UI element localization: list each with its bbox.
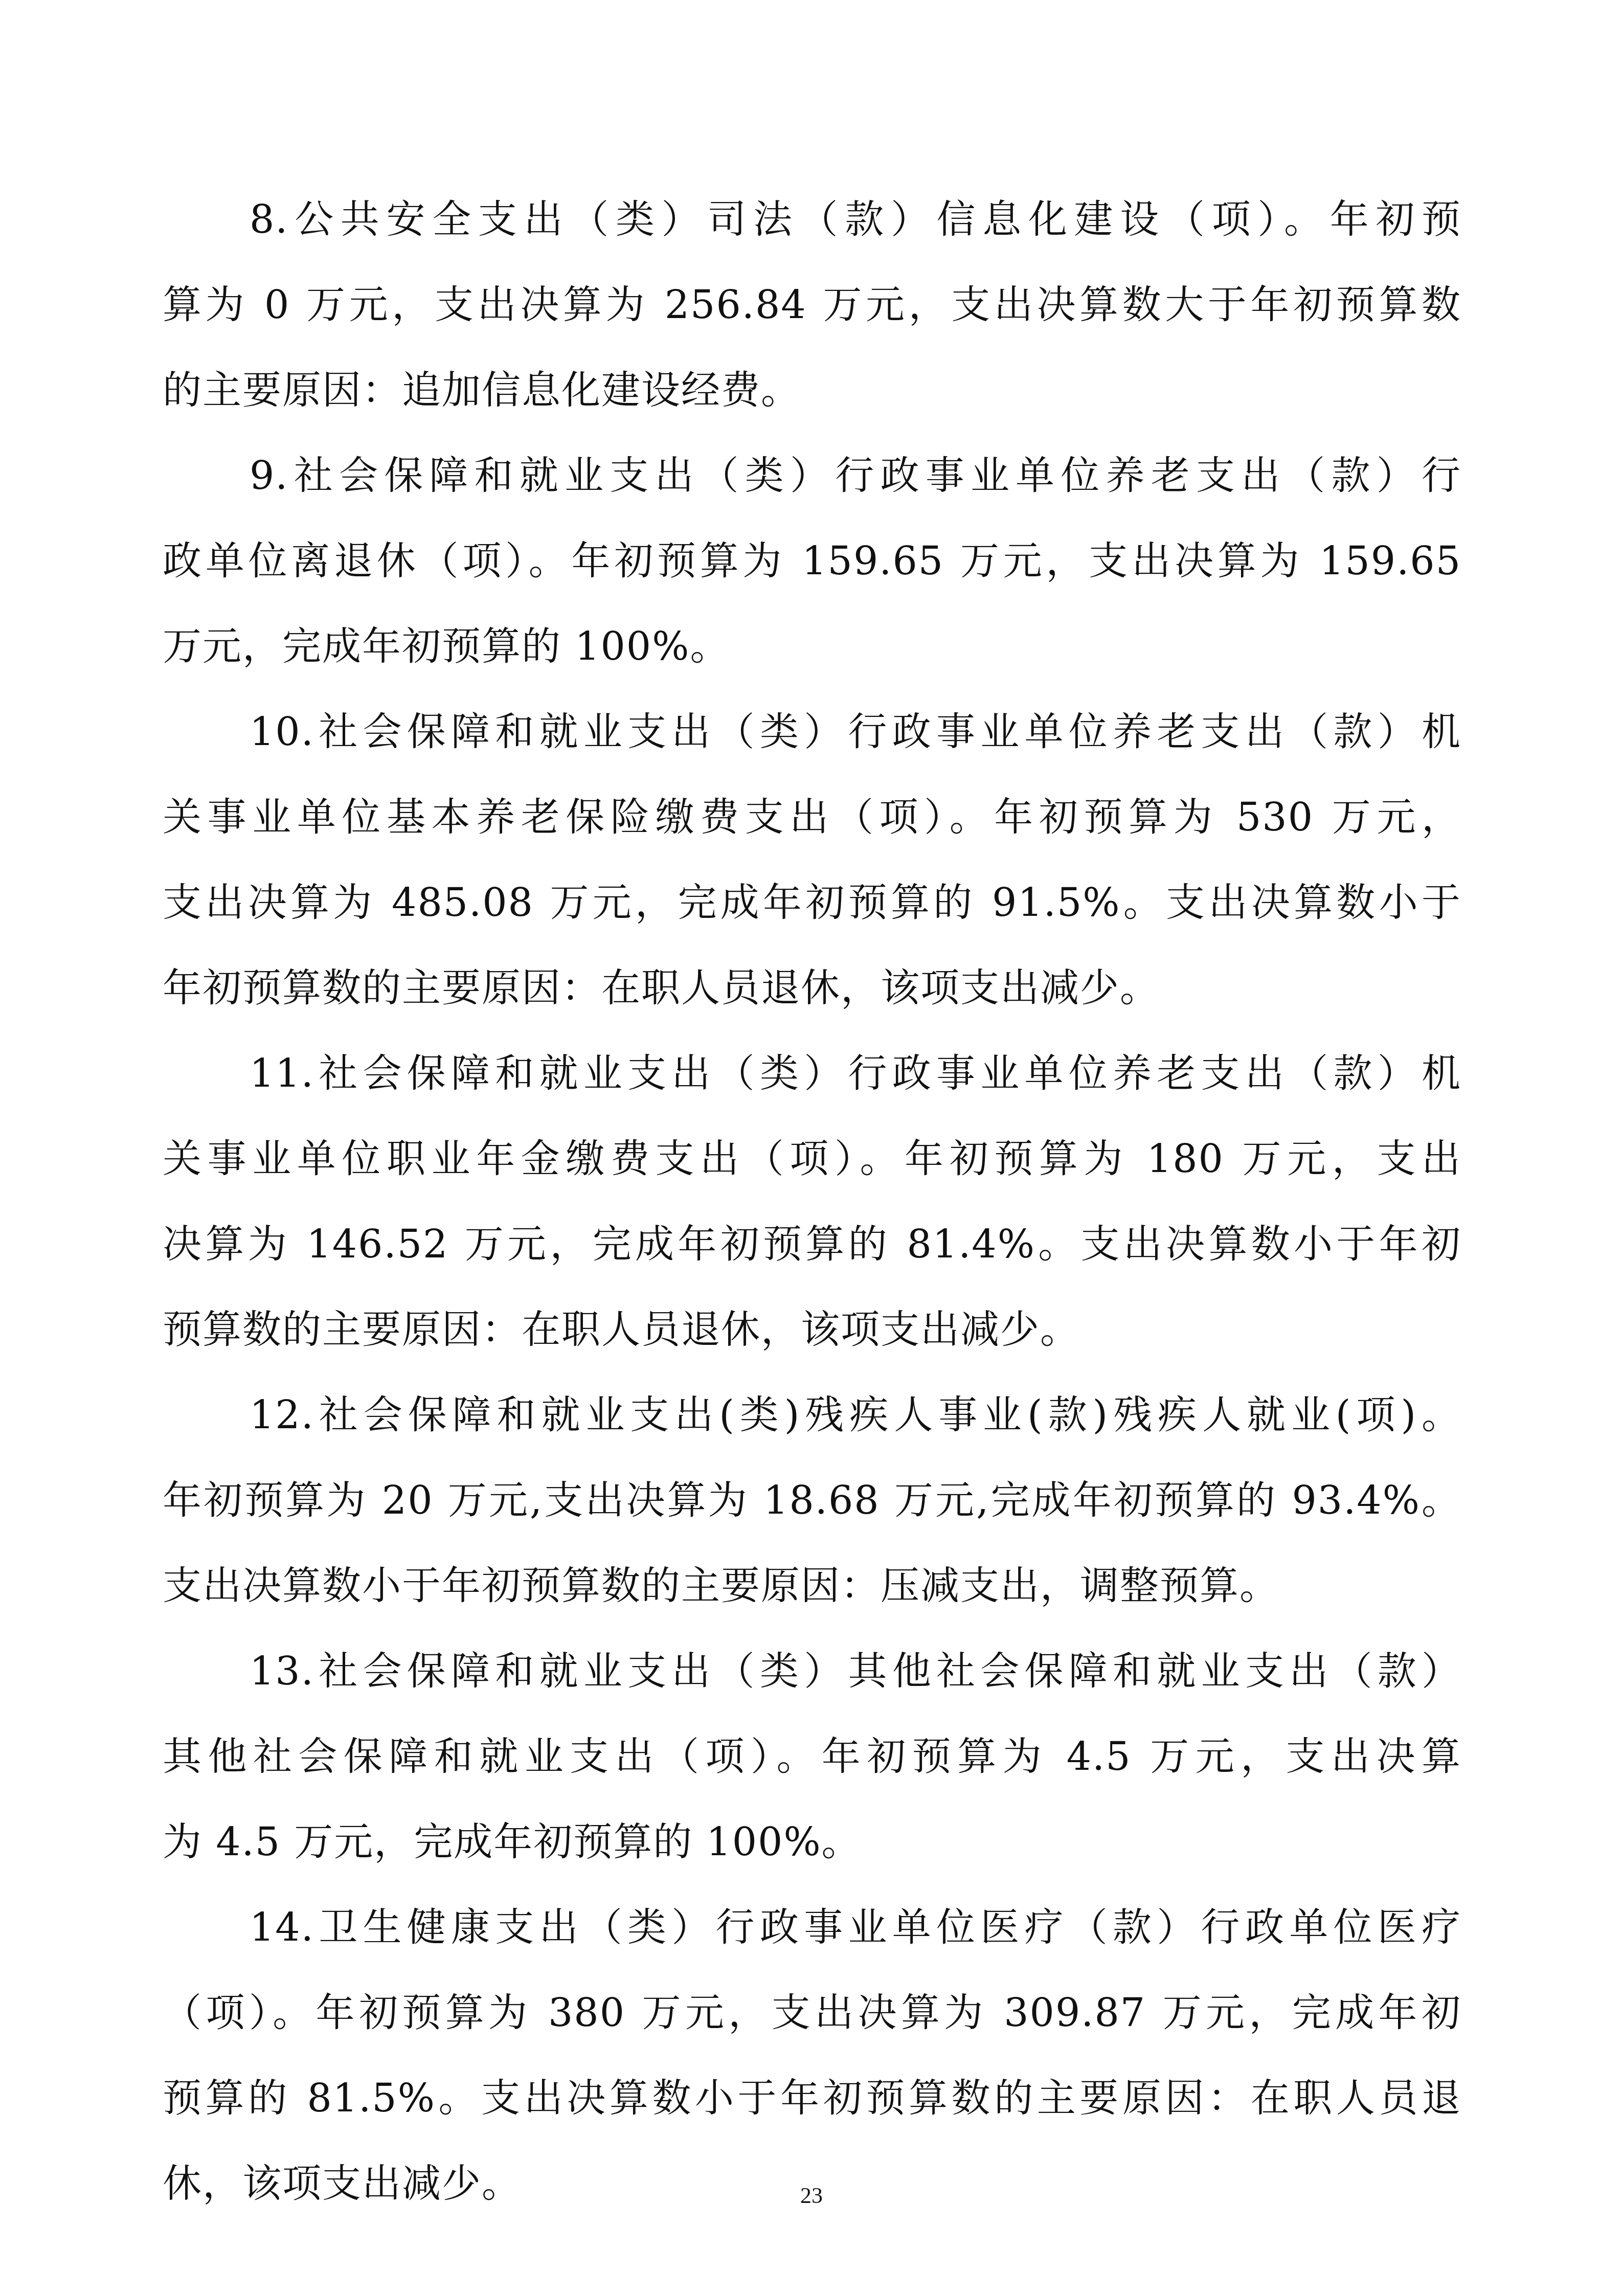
paragraph-line: 决算为 146.52 万元，完成年初预算的 81.4%。支出决算数小于年初: [163, 1201, 1461, 1287]
paragraph-item-8: 8.公共安全支出（类）司法（款）信息化建设（项）。年初预 算为 0 万元，支出决…: [163, 176, 1461, 433]
document-page: 8.公共安全支出（类）司法（款）信息化建设（项）。年初预 算为 0 万元，支出决…: [0, 0, 1623, 2296]
paragraph-line: （项）。年初预算为 380 万元，支出决算为 309.87 万元，完成年初: [163, 1970, 1461, 2055]
paragraph-line: 支出决算为 485.08 万元，完成年初预算的 91.5%。支出决算数小于: [163, 860, 1461, 945]
paragraph-line: 13.社会保障和就业支出（类）其他社会保障和就业支出（款）: [163, 1628, 1461, 1714]
paragraph-item-13: 13.社会保障和就业支出（类）其他社会保障和就业支出（款） 其他社会保障和就业支…: [163, 1628, 1461, 1884]
paragraph-line: 的主要原因：追加信息化建设经费。: [163, 347, 1461, 433]
paragraph-line: 14.卫生健康支出（类）行政事业单位医疗（款）行政单位医疗: [163, 1884, 1461, 1970]
paragraph-line: 万元，完成年初预算的 100%。: [163, 603, 1461, 689]
paragraph-line: 11.社会保障和就业支出（类）行政事业单位养老支出（款）机: [163, 1030, 1461, 1116]
paragraph-line: 预算数的主要原因：在职人员退休，该项支出减少。: [163, 1287, 1461, 1372]
paragraph-line: 预算的 81.5%。支出决算数小于年初预算数的主要原因：在职人员退: [163, 2055, 1461, 2141]
paragraph-line: 关事业单位基本养老保险缴费支出（项）。年初预算为 530 万元，: [163, 774, 1461, 860]
paragraph-line: 支出决算数小于年初预算数的主要原因：压减支出，调整预算。: [163, 1543, 1461, 1628]
paragraph-line: 算为 0 万元，支出决算为 256.84 万元，支出决算数大于年初预算数: [163, 262, 1461, 347]
paragraph-item-12: 12.社会保障和就业支出(类)残疾人事业(款)残疾人就业(项)。 年初预算为 2…: [163, 1372, 1461, 1628]
paragraph-line: 年初预算数的主要原因：在职人员退休，该项支出减少。: [163, 945, 1461, 1030]
paragraph-item-10: 10.社会保障和就业支出（类）行政事业单位养老支出（款）机 关事业单位基本养老保…: [163, 689, 1461, 1030]
paragraph-item-14: 14.卫生健康支出（类）行政事业单位医疗（款）行政单位医疗 （项）。年初预算为 …: [163, 1884, 1461, 2226]
paragraph-line: 年初预算为 20 万元,支出决算为 18.68 万元,完成年初预算的 93.4%…: [163, 1457, 1461, 1543]
paragraph-line: 为 4.5 万元，完成年初预算的 100%。: [163, 1799, 1461, 1884]
document-body: 8.公共安全支出（类）司法（款）信息化建设（项）。年初预 算为 0 万元，支出决…: [163, 176, 1461, 2226]
page-number: 23: [0, 2182, 1623, 2209]
paragraph-line: 其他社会保障和就业支出（项）。年初预算为 4.5 万元，支出决算: [163, 1714, 1461, 1799]
paragraph-line: 政单位离退休（项）。年初预算为 159.65 万元，支出决算为 159.65: [163, 518, 1461, 603]
paragraph-line: 12.社会保障和就业支出(类)残疾人事业(款)残疾人就业(项)。: [163, 1372, 1461, 1457]
paragraph-line: 9.社会保障和就业支出（类）行政事业单位养老支出（款）行: [163, 433, 1461, 518]
paragraph-item-9: 9.社会保障和就业支出（类）行政事业单位养老支出（款）行 政单位离退休（项）。年…: [163, 433, 1461, 689]
paragraph-line: 10.社会保障和就业支出（类）行政事业单位养老支出（款）机: [163, 689, 1461, 774]
paragraph-item-11: 11.社会保障和就业支出（类）行政事业单位养老支出（款）机 关事业单位职业年金缴…: [163, 1030, 1461, 1372]
paragraph-line: 关事业单位职业年金缴费支出（项）。年初预算为 180 万元，支出: [163, 1116, 1461, 1201]
paragraph-line: 8.公共安全支出（类）司法（款）信息化建设（项）。年初预: [163, 176, 1461, 262]
